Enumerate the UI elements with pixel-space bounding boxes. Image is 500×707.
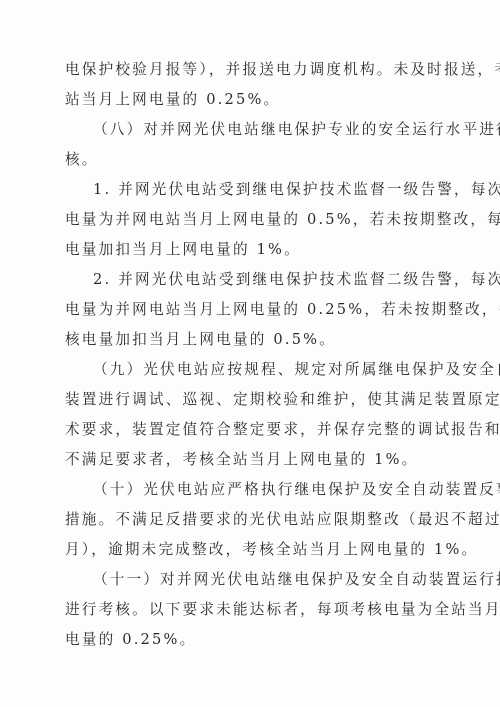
section-9-heading: （九）光伏电站应按规程、规定对所属继电保护及安全自动	[93, 360, 439, 380]
section-10-heading: （十）光伏电站应严格执行继电保护及安全自动装置反事故	[93, 480, 439, 500]
text-line-20: 电量的 0.25%。	[65, 630, 439, 650]
text-line-1: 电保护校验月报等），并报送电力调度机构。未及时报送，考核全	[65, 60, 439, 80]
text-line-16: 措施。不满足反措要求的光伏电站应限期整改（最迟不超过 12 个	[65, 510, 439, 530]
text-line-12: 装置进行调试、巡视、定期校验和维护，使其满足装置原定的技	[65, 390, 439, 410]
section-8-heading: （八）对并网光伏电站继电保护专业的安全运行水平进行考	[93, 120, 439, 140]
text-line-2: 站当月上网电量的 0.25%。	[65, 90, 439, 110]
text-line-6: 电量为并网电站当月上网电量的 0.5%，若未按期整改，每次考核	[65, 210, 439, 230]
text-line-10: 核电量加扣当月上网电量的 0.5%。	[65, 330, 439, 350]
section-11-heading: （十一）对并网光伏电站继电保护及安全自动装置运行指标	[93, 570, 439, 590]
item-8-2: 2. 并网光伏电站受到继电保护技术监督二级告警，每次考核	[93, 270, 439, 290]
text-line-9: 电量为并网电站当月上网电量的 0.25%，若未按期整改，每次考	[65, 300, 439, 320]
text-line-17: 月），逾期未完成整改，考核全站当月上网电量的 1%。	[65, 540, 439, 560]
text-line-4: 核。	[65, 150, 439, 170]
document-page: 电保护校验月报等），并报送电力调度机构。未及时报送，考核全 站当月上网电量的 0…	[0, 0, 500, 707]
text-line-19: 进行考核。以下要求未能达标者，每项考核电量为全站当月上网	[65, 600, 439, 620]
text-line-14: 不满足要求者，考核全站当月上网电量的 1%。	[65, 450, 439, 470]
text-line-13: 术要求，装置定值符合整定要求，并保存完整的调试报告和记录。	[65, 420, 439, 440]
item-8-1: 1. 并网光伏电站受到继电保护技术监督一级告警，每次考核	[93, 180, 439, 200]
text-line-7: 电量加扣当月上网电量的 1%。	[65, 240, 439, 260]
